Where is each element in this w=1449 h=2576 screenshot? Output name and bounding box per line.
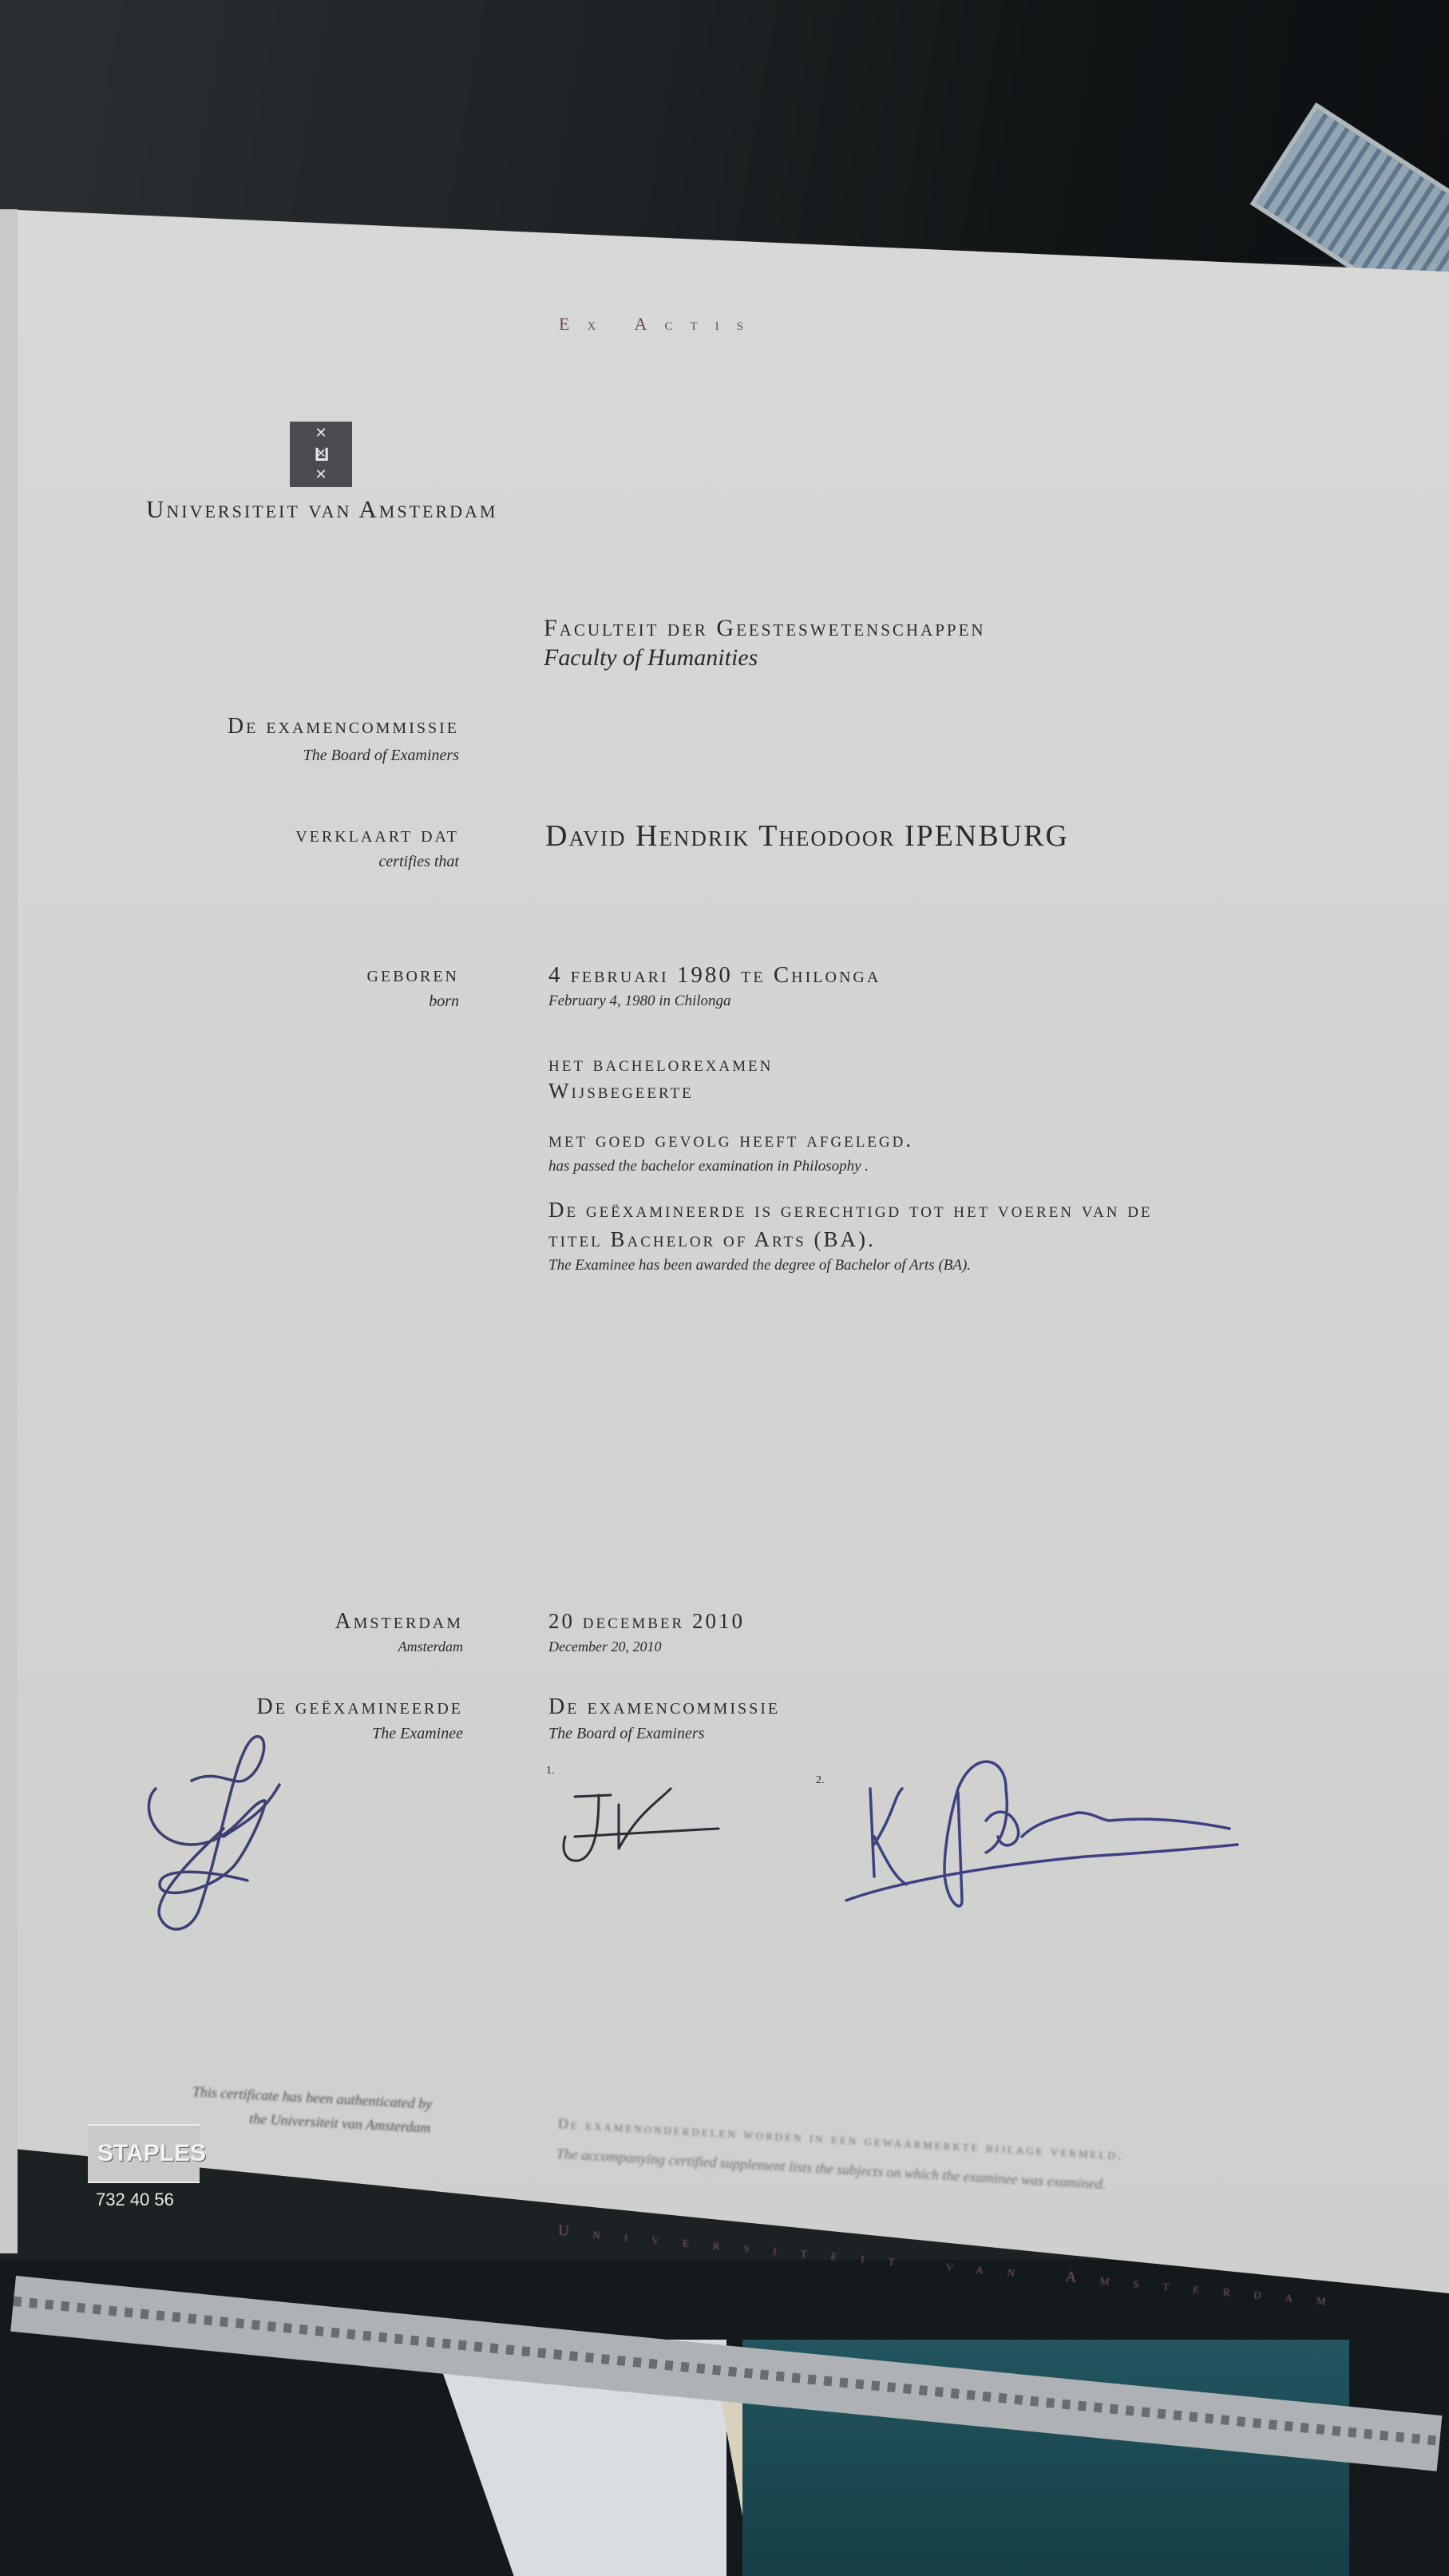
label-certifies-en: certifies that xyxy=(378,853,459,871)
label-board-nl: De examencommissie xyxy=(228,714,459,739)
staples-sticker: STAPLES xyxy=(88,2124,200,2183)
board-signature-label-nl: De examencommissie xyxy=(548,1694,780,1720)
university-name: Universiteit van Amsterdam xyxy=(146,495,498,524)
examinee-label-nl: De geëxamineerde xyxy=(256,1694,463,1720)
issue-date-en: December 20, 2010 xyxy=(548,1639,661,1655)
logo-cross-icon: ✕ xyxy=(290,466,352,483)
examinee-signature xyxy=(144,1725,359,1940)
signer-1-number: 1. xyxy=(546,1765,555,1777)
exam-passed-nl: met goed gevolg heeft afgelegd. xyxy=(548,1127,913,1152)
exam-programme: Wijsbegeerte xyxy=(548,1079,694,1104)
faculty-name-nl: Faculteit der Geesteswetenschappen xyxy=(544,615,986,642)
board-member-1-signature xyxy=(551,1781,758,1877)
label-certifies-nl: verklaart dat xyxy=(295,822,459,848)
degree-title-nl-line2: titel Bachelor of Arts (BA). xyxy=(548,1227,876,1252)
examinee-label-en: The Examinee xyxy=(372,1725,463,1743)
faculty-name-en: Faculty of Humanities xyxy=(544,644,758,672)
logo-cross-icon: ✕ xyxy=(290,446,352,461)
degree-title-en: The Examinee has been awarded the degree… xyxy=(548,1257,971,1274)
staples-brand: STAPLES xyxy=(97,2140,206,2167)
label-born-en: born xyxy=(429,993,459,1011)
graduate-name: David Hendrik Theodoor IPENBURG xyxy=(545,818,1069,854)
logo-cross-icon: ✕ xyxy=(290,425,352,442)
university-logo-icon: ✕ ⊔ ✕ ✕ xyxy=(290,422,352,487)
exam-type: het bachelorexamen xyxy=(548,1052,773,1076)
degree-title-nl-line1: De geëxamineerde is gerechtigd tot het v… xyxy=(548,1198,1153,1223)
board-member-2-signature xyxy=(830,1741,1293,1916)
paper-left-edge xyxy=(0,209,18,2253)
birth-details-en: February 4, 1980 in Chilonga xyxy=(548,993,731,1010)
label-born-nl: geboren xyxy=(367,962,459,988)
label-board-en: The Board of Examiners xyxy=(303,747,459,765)
place-nl: Amsterdam xyxy=(335,1609,463,1635)
issue-date-nl: 20 december 2010 xyxy=(548,1609,745,1634)
place-en: Amsterdam xyxy=(398,1639,463,1655)
signer-2-number: 2. xyxy=(816,1774,825,1787)
header-motto: Ex Actis xyxy=(559,314,761,335)
exam-passed-en: has passed the bachelor examination in P… xyxy=(548,1158,869,1175)
board-signature-label-en: The Board of Examiners xyxy=(548,1725,704,1743)
birth-details-nl: 4 februari 1980 te Chilonga xyxy=(548,962,881,989)
staples-number: 732 40 56 xyxy=(96,2190,174,2210)
